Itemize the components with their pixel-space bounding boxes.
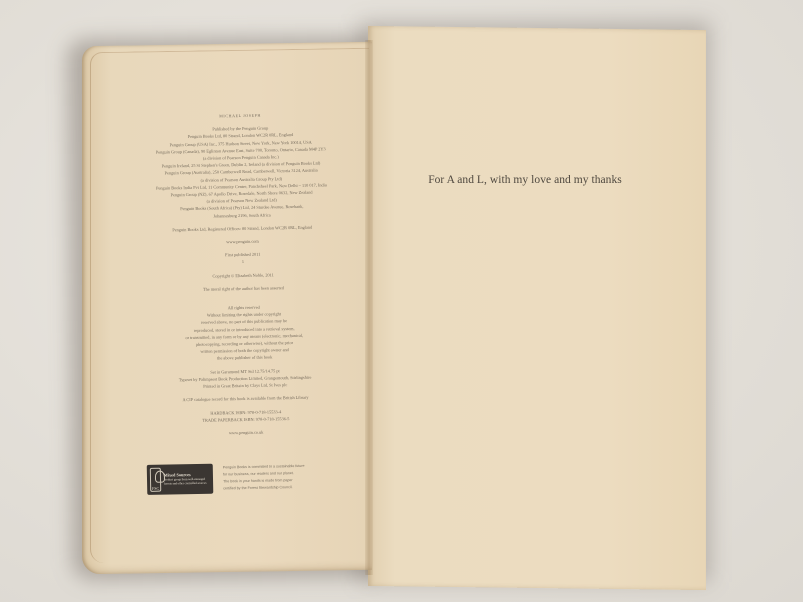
fsc-label: FSC (152, 486, 159, 491)
fsc-statement-line: certified by the Forest Stewardship Coun… (223, 484, 305, 493)
right-page (368, 26, 706, 590)
fsc-tree-icon: FSC (150, 468, 161, 492)
copyright-block: MICHAEL JOSEPH Published by the Penguin … (122, 110, 364, 439)
book-gutter (365, 40, 373, 575)
dedication: For A and L, with my love and my thanks (400, 174, 650, 186)
fsc-badge: FSC Mixed Sources Product group from wel… (147, 464, 214, 495)
fsc-subtitle: Product group from well-managed forests … (164, 477, 210, 486)
fsc-section: FSC Mixed Sources Product group from wel… (147, 460, 348, 496)
fsc-statement: Penguin Books is committed to a sustaina… (223, 463, 305, 493)
